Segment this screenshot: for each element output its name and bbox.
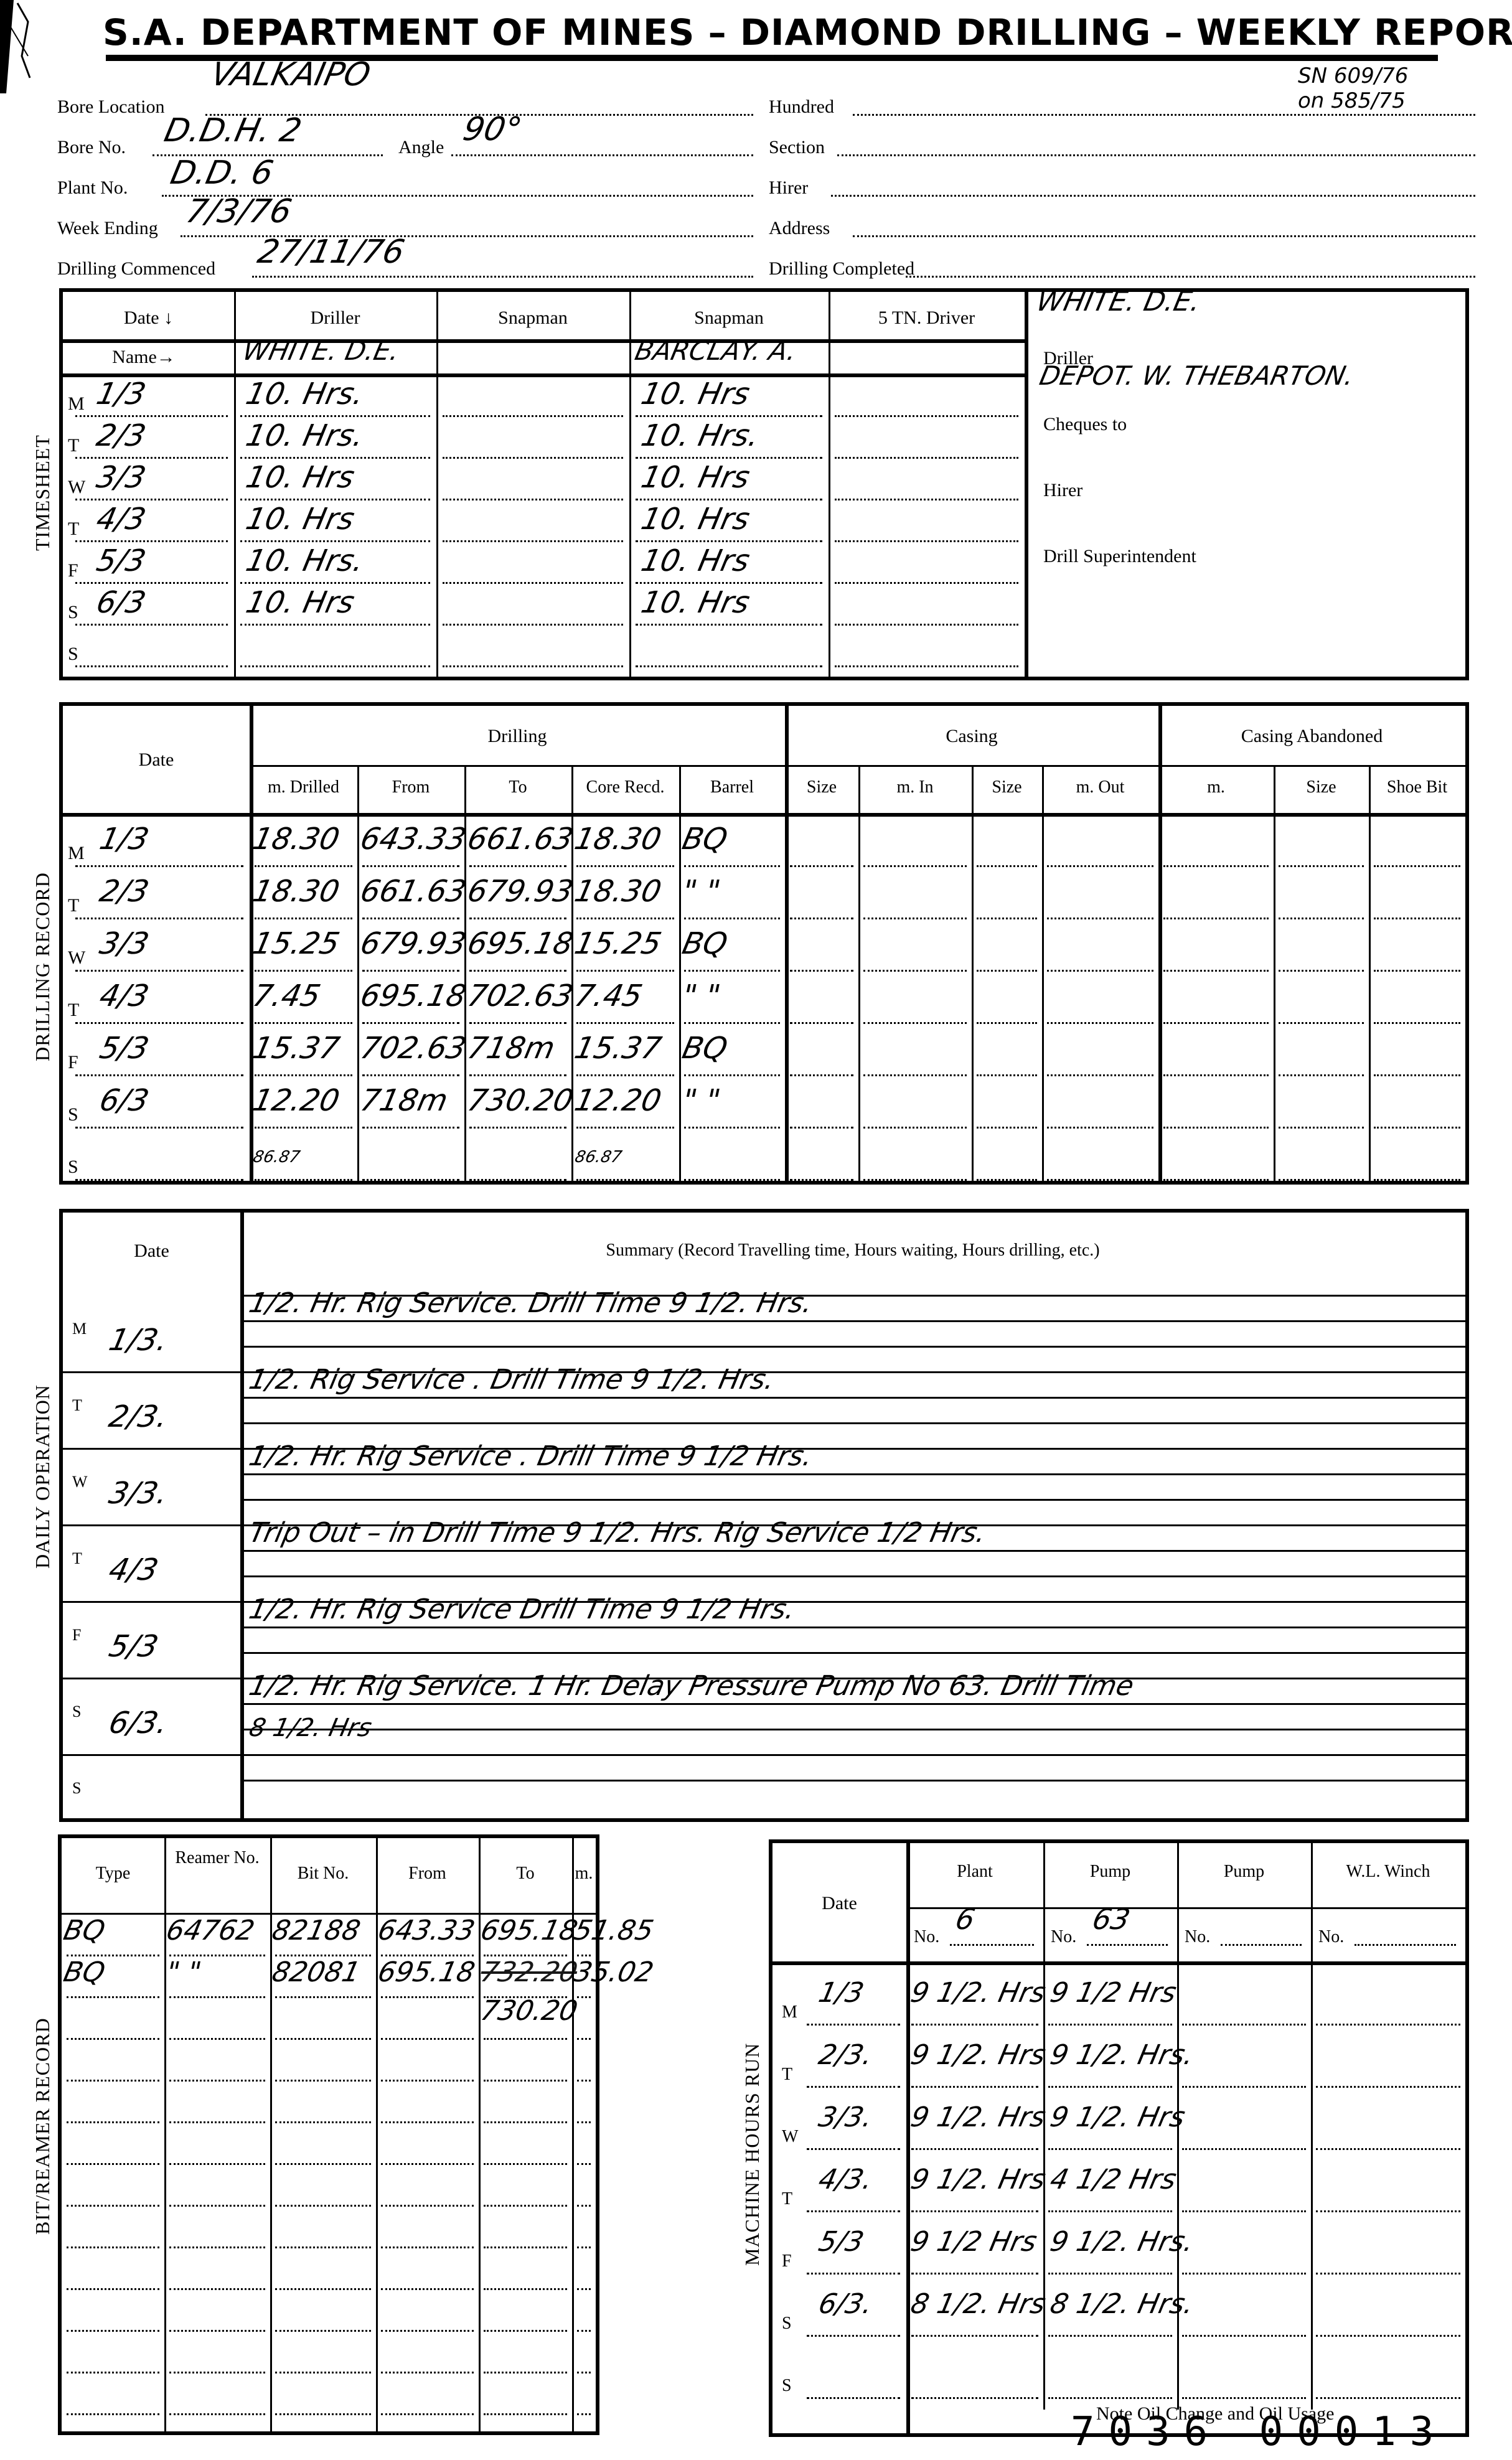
pump-hours-cell[interactable]: 4 1/2 Hrs <box>1048 2164 1180 2195</box>
plant-hours-cell[interactable]: 9 1/2. Hrs <box>908 2164 1049 2195</box>
row-dotted-line <box>636 457 822 459</box>
timesheet-snapman2-cell[interactable]: 10. Hrs <box>638 377 753 411</box>
row-dotted-line <box>790 970 853 972</box>
row-dotted-line <box>1163 1127 1269 1129</box>
row-dotted-line <box>275 2205 371 2207</box>
row-dotted-line <box>240 665 430 667</box>
timesheet-snapman2-cell[interactable]: 10. Hrs <box>638 460 753 495</box>
timesheet-date-cell[interactable]: 4/3 <box>93 502 149 537</box>
hundred-field[interactable] <box>853 114 1475 116</box>
drilling-barrel-cell[interactable]: BQ <box>679 926 731 961</box>
row-dotted-line <box>577 2038 591 2040</box>
row-dotted-line <box>911 2273 1038 2275</box>
row-dotted-line <box>67 2288 159 2290</box>
ruled-line <box>240 1729 1465 1730</box>
drilling-barrel-cell[interactable]: " " <box>679 1083 723 1118</box>
row-dotted-line <box>381 2372 474 2373</box>
row-dotted-line <box>484 2205 567 2207</box>
row-dotted-line <box>169 2288 265 2290</box>
plant-hours-cell[interactable]: 8 1/2. Hrs <box>908 2288 1049 2320</box>
row-dotted-line <box>169 2080 265 2082</box>
row-dotted-line <box>835 665 1018 667</box>
machine-no-field[interactable] <box>1087 1944 1168 1946</box>
machine-date-cell[interactable]: 5/3 <box>816 2226 867 2258</box>
daily-date-cell[interactable]: 6/3. <box>106 1706 171 1740</box>
cheques-to-value[interactable]: DEPOT. W. THEBARTON. <box>1037 360 1357 391</box>
document-number-stamp: 7036 00013 <box>1071 2409 1447 2455</box>
bit-reamer-reamer-cell[interactable]: " " <box>164 1956 204 1988</box>
drilling-m-drilled-cell[interactable]: 86.87 <box>251 1148 302 1167</box>
row-dotted-line <box>381 2413 474 2415</box>
day-letter: T <box>782 2189 792 2209</box>
row-dotted-line <box>255 865 352 867</box>
row-dotted-line <box>484 2288 567 2290</box>
snapman2-name[interactable]: BARCLAY. A. <box>632 336 799 366</box>
row-dotted-line <box>1163 1022 1269 1024</box>
row-dotted-line <box>1163 918 1269 919</box>
row-dotted-line <box>636 499 822 500</box>
hundred-label: Hundred <box>769 96 834 118</box>
drilling-date-cell[interactable]: 3/3 <box>96 926 152 961</box>
row-dotted-line <box>1048 2273 1172 2275</box>
day-letter: T <box>68 895 79 916</box>
timesheet-date-cell[interactable]: 5/3 <box>93 543 149 578</box>
drilling-core-cell[interactable]: 15.37 <box>571 1031 664 1066</box>
row-dotted-line <box>1048 2335 1172 2337</box>
machine-date-cell[interactable]: 1/3 <box>816 1977 867 2009</box>
row-dotted-line <box>255 918 352 919</box>
row-dotted-line <box>255 1022 352 1024</box>
bit-reamer-type-cell[interactable]: BQ <box>61 1956 108 1988</box>
ruled-line <box>240 1754 1465 1756</box>
drilling-core-cell[interactable]: 12.20 <box>571 1083 664 1118</box>
row-dotted-line <box>790 1022 853 1024</box>
row-dotted-line <box>807 2210 900 2212</box>
row-dotted-line <box>790 1074 853 1076</box>
row-dotted-line <box>75 918 243 919</box>
daily-summary-text[interactable]: Trip Out – in Drill Time 9 1/2. Hrs. Rig… <box>247 1517 989 1549</box>
daily-operation-section-label: DAILY OPERATION <box>31 1384 54 1569</box>
row-dotted-line <box>275 2121 371 2123</box>
drilling-column-header: To <box>464 777 571 797</box>
drilling-date-cell[interactable]: 6/3 <box>96 1083 152 1118</box>
row-dotted-line <box>67 2246 159 2248</box>
row-dotted-line <box>255 1074 352 1076</box>
row-dotted-line <box>1374 1179 1460 1181</box>
row-dotted-line <box>255 1179 352 1181</box>
drilling-date-cell[interactable]: 5/3 <box>96 1031 152 1066</box>
row-dotted-line <box>169 2205 265 2207</box>
drilling-date-cell[interactable]: 2/3 <box>96 874 152 909</box>
timesheet-date-cell[interactable]: 2/3 <box>93 418 149 453</box>
machine-column-name: Pump <box>1177 1862 1311 1882</box>
row-dotted-line <box>835 499 1018 500</box>
drilling-m-drilled-cell[interactable]: 15.25 <box>250 926 342 961</box>
drilling-commenced-value[interactable]: 27/11/76 <box>255 233 408 271</box>
bit-reamer-bit-cell[interactable]: 82081 <box>270 1956 364 1988</box>
drill-superintendent-label: Drill Superintendent <box>1043 546 1196 567</box>
timesheet-box: Date ↓ Driller Snapman Snapman 5 TN. Dri… <box>59 288 1469 680</box>
row-dotted-line <box>169 2163 265 2165</box>
machine-column-name: Plant <box>906 1862 1043 1882</box>
machine-no-label: No. <box>914 1927 939 1947</box>
daily-summary-text[interactable]: 1/2. Rig Service . Drill Time 9 1/2. Hrs… <box>247 1364 777 1396</box>
timesheet-driller-cell[interactable]: 10. Hrs. <box>243 377 367 411</box>
timesheet-date-cell[interactable]: 1/3 <box>93 377 149 411</box>
row-dotted-line <box>75 970 243 972</box>
bit-reamer-m-cell[interactable]: 35.02 <box>571 1956 657 1988</box>
row-dotted-line <box>807 2273 900 2275</box>
row-dotted-line <box>275 2246 371 2248</box>
day-letter: W <box>72 1473 88 1491</box>
row-dotted-line <box>362 1074 459 1076</box>
bit-reamer-from-cell[interactable]: 643.33 <box>375 1915 478 1946</box>
pump-hours-cell[interactable]: 9 1/2. Hrs. <box>1048 2226 1197 2258</box>
row-dotted-line <box>484 2246 567 2248</box>
row-dotted-line <box>75 624 228 626</box>
row-dotted-line <box>275 2288 371 2290</box>
drilling-to-cell[interactable]: 718m <box>464 1031 558 1066</box>
row-dotted-line <box>362 865 459 867</box>
row-dotted-line <box>362 918 459 919</box>
row-dotted-line <box>484 2080 567 2082</box>
week-ending-value[interactable]: 7/3/76 <box>183 193 295 230</box>
timesheet-snapman2-cell[interactable]: 10. Hrs. <box>638 418 763 453</box>
hirer-field[interactable] <box>831 195 1475 197</box>
drilling-core-cell[interactable]: 86.87 <box>573 1148 624 1167</box>
plant-no-value[interactable]: D.D. 6 <box>167 154 277 192</box>
row-dotted-line <box>240 499 430 500</box>
row-dotted-line <box>75 540 228 542</box>
row-dotted-line <box>75 415 228 417</box>
row-dotted-line <box>1316 2024 1460 2026</box>
drilling-from-cell[interactable]: 643.33 <box>357 822 469 857</box>
drilling-column-header: Size <box>785 777 858 797</box>
row-dotted-line <box>577 2205 591 2207</box>
pump-hours-cell[interactable]: 8 1/2. Hrs. <box>1048 2288 1197 2320</box>
drilling-from-cell[interactable]: 661.63 <box>357 874 469 909</box>
day-letter: S <box>68 1104 78 1125</box>
row-dotted-line <box>275 2413 371 2415</box>
drilling-core-cell[interactable]: 18.30 <box>571 822 664 857</box>
row-dotted-line <box>381 2080 474 2082</box>
drilling-to-cell[interactable]: 679.93 <box>464 874 576 909</box>
drilling-from-cell[interactable]: 679.93 <box>357 926 469 961</box>
day-letter: F <box>72 1626 81 1645</box>
machine-no-field[interactable] <box>950 1944 1034 1946</box>
pump-hours-cell[interactable]: 9 1/2 Hrs <box>1048 1977 1180 2009</box>
row-dotted-line <box>484 2121 567 2123</box>
pump-hours-cell[interactable]: 9 1/2. Hrs. <box>1048 2039 1197 2071</box>
drilling-core-cell[interactable]: 15.25 <box>571 926 664 961</box>
drilling-m-drilled-cell[interactable]: 18.30 <box>250 822 342 857</box>
drilling-core-cell[interactable]: 18.30 <box>571 874 664 909</box>
row-dotted-line <box>75 457 228 459</box>
row-dotted-line <box>863 1179 967 1181</box>
row-dotted-line <box>1163 1179 1269 1181</box>
row-dotted-line <box>469 1179 566 1181</box>
reference-note-2: on 585/75 <box>1298 88 1406 113</box>
row-dotted-line <box>275 1996 371 1998</box>
drilling-column-header: Shoe Bit <box>1369 777 1465 797</box>
row-dotted-line <box>577 2163 591 2165</box>
angle-label: Angle <box>398 137 444 158</box>
daily-operation-box: Date Summary (Record Travelling time, Ho… <box>59 1209 1469 1822</box>
machine-date-cell[interactable]: 2/3. <box>816 2039 876 2071</box>
daily-date-header: Date <box>63 1241 240 1262</box>
row-dotted-line <box>75 1022 243 1024</box>
drilling-to-cell[interactable]: 730.20 <box>464 1083 576 1118</box>
plant-hours-cell[interactable]: 9 1/2. Hrs <box>908 2101 1049 2133</box>
report-title: S.A. DEPARTMENT OF MINES – DIAMOND DRILL… <box>103 11 1512 54</box>
day-letter: M <box>72 1320 87 1338</box>
row-dotted-line <box>576 970 674 972</box>
bit-reamer-from-cell[interactable]: 695.18 <box>375 1956 478 1988</box>
timesheet-driller-cell[interactable]: 10. Hrs <box>243 502 357 537</box>
timesheet-snapman2-cell[interactable]: 10. Hrs <box>638 585 753 620</box>
drilling-barrel-cell[interactable]: " " <box>679 874 723 909</box>
casing-abandoned-group-header: Casing Abandoned <box>1158 726 1465 747</box>
row-dotted-line <box>469 865 566 867</box>
timesheet-snapman2-header: Snapman <box>629 307 829 329</box>
machine-no-field[interactable] <box>1355 1944 1456 1946</box>
drilling-column-header: m. Out <box>1042 777 1158 797</box>
row-dotted-line <box>443 582 623 584</box>
section-label: Section <box>769 137 825 158</box>
plant-no-label: Plant No. <box>57 177 128 199</box>
reference-note-1: SN 609/76 <box>1298 63 1408 88</box>
daily-summary-text[interactable]: 1/2. Hr. Rig Service. Drill Time 9 1/2. … <box>247 1287 816 1319</box>
daily-summary-continuation[interactable]: 8 1/2. Hrs <box>247 1714 374 1742</box>
drilling-from-cell[interactable]: 702.63 <box>357 1031 469 1066</box>
row-dotted-line <box>75 865 243 867</box>
pump-hours-cell[interactable]: 9 1/2. Hrs <box>1048 2101 1188 2133</box>
bit-reamer-m-cell[interactable]: 51.85 <box>571 1915 657 1946</box>
bit-reamer-column-header: Bit No. <box>270 1863 376 1884</box>
ruled-line <box>240 1499 1465 1501</box>
row-dotted-line <box>469 970 566 972</box>
drilling-m-drilled-cell[interactable]: 12.20 <box>250 1083 342 1118</box>
daily-summary-text[interactable]: 1/2. Hr. Rig Service. 1 Hr. Delay Pressu… <box>247 1670 1137 1702</box>
row-dotted-line <box>684 1022 780 1024</box>
drilling-date-cell[interactable]: 1/3 <box>96 822 152 857</box>
bit-reamer-bit-cell[interactable]: 82188 <box>270 1915 364 1946</box>
ruled-line <box>240 1703 1465 1705</box>
plant-hours-cell[interactable]: 9 1/2 Hrs <box>908 2226 1040 2258</box>
row-dotted-line <box>1279 1022 1364 1024</box>
day-letter: T <box>68 1000 79 1021</box>
day-letter: M <box>782 2002 797 2022</box>
drilling-core-cell[interactable]: 7.45 <box>571 979 646 1013</box>
row-dotted-line <box>1374 970 1460 972</box>
drilling-completed-field[interactable] <box>906 276 1475 278</box>
row-dotted-line <box>75 1074 243 1076</box>
machine-no-label: No. <box>1318 1927 1344 1947</box>
row-dotted-line <box>577 2246 591 2248</box>
timesheet-date-cell[interactable]: 6/3 <box>93 585 149 620</box>
row-dotted-line <box>1279 1074 1364 1076</box>
bit-reamer-reamer-cell[interactable]: 64762 <box>164 1915 258 1946</box>
timesheet-driller-cell[interactable]: 10. Hrs. <box>243 418 367 453</box>
row-dotted-line <box>1279 1179 1364 1181</box>
daily-date-cell[interactable]: 1/3. <box>106 1323 171 1358</box>
ruled-line <box>240 1780 1465 1782</box>
drilling-date-cell[interactable]: 4/3 <box>96 979 152 1013</box>
drilling-barrel-cell[interactable]: " " <box>679 979 723 1013</box>
row-dotted-line <box>576 1022 674 1024</box>
row-dotted-line <box>835 624 1018 626</box>
day-letter: S <box>68 602 78 623</box>
row-dotted-line <box>835 457 1018 459</box>
timesheet-snapman2-cell[interactable]: 10. Hrs <box>638 502 753 537</box>
drilling-to-cell[interactable]: 661.63 <box>464 822 576 857</box>
machine-no-field[interactable] <box>1221 1944 1302 1946</box>
day-letter: W <box>68 477 85 498</box>
row-dotted-line <box>807 2024 900 2026</box>
row-dotted-line <box>275 2038 371 2040</box>
row-dotted-line <box>275 2080 371 2082</box>
row-dotted-line <box>1316 2148 1460 2150</box>
row-dotted-line <box>790 865 853 867</box>
row-dotted-line <box>275 2372 371 2373</box>
row-dotted-line <box>67 2080 159 2082</box>
plant-hours-cell[interactable]: 9 1/2. Hrs <box>908 2039 1049 2071</box>
name-row-label: Name→ <box>63 347 225 368</box>
bit-reamer-type-cell[interactable]: BQ <box>61 1915 108 1946</box>
side-hirer-label: Hirer <box>1043 480 1082 501</box>
side-driller-value[interactable]: WHITE. D.E. <box>1034 286 1204 317</box>
drilling-column-header: Core Recd. <box>571 777 679 797</box>
bore-location-value[interactable]: VALKAIPO <box>208 56 374 93</box>
row-dotted-line <box>576 1127 674 1129</box>
address-field[interactable] <box>853 235 1475 237</box>
daily-date-cell[interactable]: 2/3. <box>106 1399 171 1434</box>
drilling-m-drilled-cell[interactable]: 15.37 <box>250 1031 342 1066</box>
row-dotted-line <box>807 2086 900 2088</box>
row-dotted-line <box>636 540 822 542</box>
ruled-line <box>240 1320 1465 1322</box>
row-dotted-line <box>1048 2148 1172 2150</box>
row-dotted-line <box>1316 2335 1460 2337</box>
row-dotted-line <box>67 2205 159 2207</box>
row-dotted-line <box>240 540 430 542</box>
driller-name[interactable]: WHITE. D.E. <box>240 336 402 366</box>
timesheet-driller-cell[interactable]: 10. Hrs. <box>243 543 367 578</box>
timesheet-snapman2-cell[interactable]: 10. Hrs <box>638 543 753 578</box>
drilling-record-box: Date Drilling Casing Casing Abandoned m.… <box>59 702 1469 1185</box>
row-dotted-line <box>67 2372 159 2373</box>
section-field[interactable] <box>837 154 1475 156</box>
drilling-m-drilled-cell[interactable]: 18.30 <box>250 874 342 909</box>
drilling-to-cell[interactable]: 695.18 <box>464 926 576 961</box>
row-dotted-line <box>75 1179 243 1181</box>
day-letter: F <box>68 560 78 581</box>
machine-no-value[interactable]: 63 <box>1089 1902 1133 1936</box>
ruled-line <box>240 1397 1465 1399</box>
drilling-to-cell[interactable]: 702.63 <box>464 979 576 1013</box>
row-dotted-line <box>576 918 674 919</box>
ruled-line <box>240 1627 1465 1628</box>
row-dotted-line <box>835 582 1018 584</box>
drilling-from-cell[interactable]: 718m <box>357 1083 451 1118</box>
row-dotted-line <box>169 2372 265 2373</box>
drilling-column-header: Barrel <box>679 777 785 797</box>
corner-pen-mark-icon <box>0 0 56 93</box>
day-letter: T <box>72 1396 82 1415</box>
bore-no-value[interactable]: D.D.H. 2 <box>161 112 305 149</box>
bit-reamer-to-cell[interactable]: 695.18 <box>478 1915 581 1946</box>
row-dotted-line <box>863 970 967 972</box>
angle-value[interactable]: 90° <box>460 111 525 148</box>
machine-date-cell[interactable]: 4/3. <box>816 2164 876 2195</box>
row-dotted-line <box>169 2121 265 2123</box>
row-dotted-line <box>1048 2086 1172 2088</box>
row-dotted-line <box>1182 2148 1306 2150</box>
drilling-from-cell[interactable]: 695.18 <box>357 979 469 1013</box>
row-dotted-line <box>636 582 822 584</box>
row-dotted-line <box>977 1127 1037 1129</box>
row-dotted-line <box>835 415 1018 417</box>
row-dotted-line <box>576 865 674 867</box>
timesheet-driver-header: 5 TN. Driver <box>829 307 1025 329</box>
ruled-line <box>240 1422 1465 1424</box>
bit-reamer-to-cell[interactable]: 730.20 <box>478 1995 581 2027</box>
row-dotted-line <box>911 2335 1038 2337</box>
row-dotted-line <box>255 1127 352 1129</box>
row-dotted-line <box>1316 2397 1460 2399</box>
day-letter: S <box>68 1157 78 1178</box>
drilling-column-header: Size <box>1274 777 1369 797</box>
row-dotted-line <box>577 2288 591 2290</box>
drilling-barrel-cell[interactable]: BQ <box>679 822 731 857</box>
row-dotted-line <box>1182 2024 1306 2026</box>
row-dotted-line <box>469 918 566 919</box>
daily-date-cell[interactable]: 3/3. <box>106 1476 171 1511</box>
machine-date-cell[interactable]: 6/3. <box>816 2288 876 2320</box>
drilling-barrel-cell[interactable]: BQ <box>679 1031 731 1066</box>
daily-date-cell[interactable]: 5/3 <box>106 1629 161 1664</box>
machine-date-header: Date <box>772 1893 906 1914</box>
timesheet-driller-cell[interactable]: 10. Hrs <box>243 460 357 495</box>
row-dotted-line <box>275 2163 371 2165</box>
timesheet-date-cell[interactable]: 3/3 <box>93 460 149 495</box>
bit-reamer-box: TypeReamer No.Bit No.FromTom. BQ64762821… <box>58 1834 599 2435</box>
row-dotted-line <box>911 2148 1038 2150</box>
machine-date-cell[interactable]: 3/3. <box>816 2101 876 2133</box>
row-dotted-line <box>75 1127 243 1129</box>
day-letter: S <box>68 644 78 665</box>
row-dotted-line <box>169 2330 265 2332</box>
row-dotted-line <box>835 540 1018 542</box>
day-letter: M <box>68 843 85 864</box>
row-dotted-line <box>577 2372 591 2373</box>
row-dotted-line <box>169 2246 265 2248</box>
casing-group-header: Casing <box>785 726 1158 747</box>
day-divider <box>63 1524 240 1526</box>
drilling-m-drilled-cell[interactable]: 7.45 <box>250 979 324 1013</box>
row-dotted-line <box>275 2330 371 2332</box>
daily-summary-text[interactable]: 1/2. Hr. Rig Service . Drill Time 9 1/2 … <box>247 1440 816 1472</box>
day-divider <box>63 1601 240 1603</box>
row-dotted-line <box>362 1127 459 1129</box>
timesheet-driller-cell[interactable]: 10. Hrs <box>243 585 357 620</box>
day-letter: F <box>782 2251 792 2271</box>
daily-summary-text[interactable]: 1/2. Hr. Rig Service Drill Time 9 1/2 Hr… <box>247 1594 799 1625</box>
row-dotted-line <box>67 2163 159 2165</box>
plant-hours-cell[interactable]: 9 1/2. Hrs <box>908 1977 1049 2009</box>
daily-date-cell[interactable]: 4/3 <box>106 1552 161 1587</box>
row-dotted-line <box>1316 2273 1460 2275</box>
